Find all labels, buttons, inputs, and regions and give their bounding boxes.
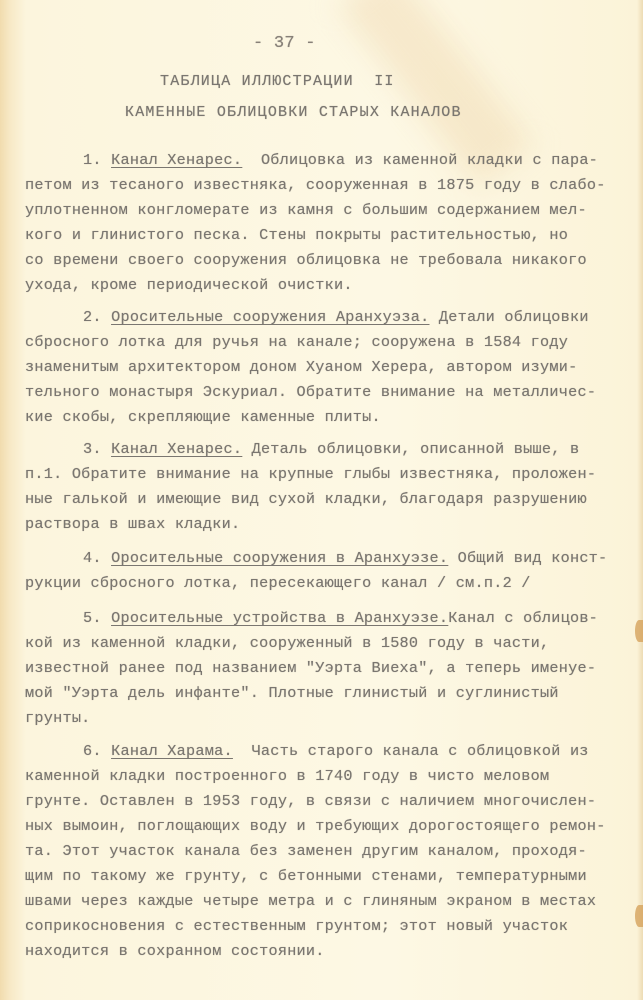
entry-heading: Оросительные сооружения в Аранхуэзе. <box>111 549 448 567</box>
entry-text: Канал с облицов- <box>448 609 598 627</box>
entry-4-first-line: 4. Оросительные сооружения в Аранхуэзе. … <box>83 549 607 567</box>
paper-edge <box>637 0 643 1000</box>
scanned-page: - 37 - ТАБЛИЦА ИЛЛЮСТРАЦИИ II КАМЕННЫЕ О… <box>0 0 643 1000</box>
entry-text: Общий вид конст- <box>448 549 607 567</box>
entry-number: 1. <box>83 151 102 169</box>
entry-text: Облицовка из каменной кладки с пара- <box>242 151 598 169</box>
entry-6-line: грунте. Оставлен в 1953 году, в связи с … <box>25 792 596 810</box>
entry-3-line: раствора в швах кладки. <box>25 515 240 533</box>
entry-2-line: кие скобы, скрепляющие каменные плиты. <box>25 408 381 426</box>
entry-1-line: петом из тесаного известняка, сооруженна… <box>25 176 606 194</box>
entry-5-line: мой "Уэрта дель инфанте". Плотные глинис… <box>25 684 559 702</box>
entry-heading: Канал Хенарес. <box>111 440 242 458</box>
entry-heading: Оросительные устройства в Аранхуэзе. <box>111 609 448 627</box>
entry-number: 2. <box>83 308 102 326</box>
entry-2-first-line: 2. Оросительные сооружения Аранхуэза. Де… <box>83 308 589 326</box>
entry-2-line: сбросного лотка для ручья на канале; соо… <box>25 333 568 351</box>
entry-3-line: п.1. Обратите внимание на крупные глыбы … <box>25 465 596 483</box>
entry-number: 3. <box>83 440 102 458</box>
entry-5-line: известной ранее под названием "Уэрта Вие… <box>25 659 596 677</box>
entry-6-first-line: 6. Канал Харама. Часть старого канала с … <box>83 742 589 760</box>
document-subtitle: КАМЕННЫЕ ОБЛИЦОВКИ СТАРЫХ КАНАЛОВ <box>125 104 462 121</box>
entry-1-line: со времени своего сооружения облицовка н… <box>25 251 587 269</box>
entry-5-line: кой из каменной кладки, сооруженный в 15… <box>25 634 549 652</box>
entry-text: Детали облицовки <box>430 308 589 326</box>
entry-6-line: та. Этот участок канала без заменен друг… <box>25 842 587 860</box>
entry-heading: Канал Хенарес. <box>111 151 242 169</box>
entry-3-first-line: 3. Канал Хенарес. Деталь облицовки, опис… <box>83 440 579 458</box>
entry-text: Часть старого канала с облицовкой из <box>233 742 589 760</box>
entry-5-first-line: 5. Оросительные устройства в Аранхуэзе.К… <box>83 609 598 627</box>
binding-hole-mark <box>635 620 643 642</box>
entry-1-first-line: 1. Канал Хенарес. Облицовка из каменной … <box>83 151 598 169</box>
entry-1-line: кого и глинистого песка. Стены покрыты р… <box>25 226 568 244</box>
entry-6-line: находится в сохранном состоянии. <box>25 942 325 960</box>
entry-2-line: знаменитым архитектором доном Хуаном Хер… <box>25 358 577 376</box>
entry-heading: Оросительные сооружения Аранхуэза. <box>111 308 429 326</box>
binding-hole-mark <box>635 905 643 927</box>
entry-6-line: швами через каждые четыре метра и с глин… <box>25 892 596 910</box>
entry-2-line: тельного монастыря Эскуриал. Обратите вн… <box>25 383 596 401</box>
entry-number: 4. <box>83 549 102 567</box>
page-number: - 37 - <box>253 34 316 53</box>
document-title: ТАБЛИЦА ИЛЛЮСТРАЦИИ II <box>160 73 395 90</box>
entry-text: Деталь облицовки, описанной выше, в <box>242 440 579 458</box>
entry-6-line: щим по такому же грунту, с бетонными сте… <box>25 867 587 885</box>
entry-3-line: ные галькой и имеющие вид сухой кладки, … <box>25 490 587 508</box>
entry-1-line: уплотненном конгломерате из камня с боль… <box>25 201 587 219</box>
entry-6-line: соприкосновения с естественным грунтом; … <box>25 917 568 935</box>
entry-heading: Канал Харама. <box>111 742 233 760</box>
entry-6-line: каменной кладки построенного в 1740 году… <box>25 767 549 785</box>
entry-5-line: грунты. <box>25 709 91 727</box>
entry-number: 6. <box>83 742 102 760</box>
entry-number: 5. <box>83 609 102 627</box>
entry-4-line: рукции сбросного лотка, пересекающего ка… <box>25 574 531 592</box>
entry-1-line: ухода, кроме периодической очистки. <box>25 276 353 294</box>
entry-6-line: ных вымоин, поглощающих воду и требующих… <box>25 817 606 835</box>
